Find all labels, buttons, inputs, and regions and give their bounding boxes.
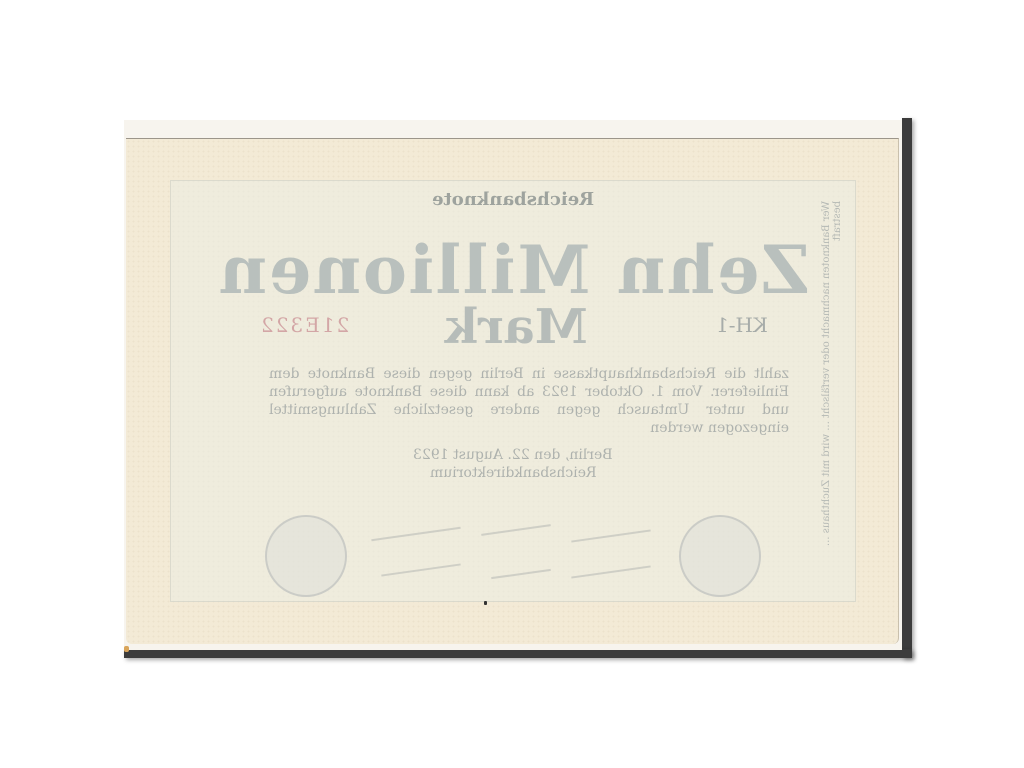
place-date: Berlin, den 22. August 1923 [171, 447, 855, 463]
frame-shadow-right [902, 118, 912, 658]
issuer-text: Reichsbankdirektorium [171, 465, 855, 481]
signature-line [481, 524, 551, 536]
body-text: zahlt die Reichsbankhauptkasse in Berlin… [269, 365, 789, 437]
series-code: KH-1 [716, 313, 768, 337]
header-text: Reichsbanknote [171, 189, 855, 210]
denomination-text: Zehn Millionen [171, 231, 855, 309]
paper-speck [484, 601, 487, 605]
signature-line [371, 527, 460, 542]
banknote: Reichsbanknote Zehn Millionen 21E322 Mar… [126, 138, 899, 644]
seal-left-icon [265, 515, 347, 597]
paper-stain [124, 646, 129, 652]
signature-line [571, 529, 650, 542]
signatures [361, 521, 661, 591]
frame-shadow-bottom [124, 649, 912, 658]
serial-number: 21E322 [259, 313, 349, 337]
signature-line [381, 563, 460, 576]
currency-text: Mark [421, 299, 611, 355]
signature-line [491, 569, 551, 579]
signature-line [571, 565, 650, 578]
side-warning-text: Wer Banknoten nachmacht oder verfälscht … [825, 201, 843, 581]
print-area: Reichsbanknote Zehn Millionen 21E322 Mar… [170, 180, 856, 602]
seal-right-icon [679, 515, 761, 597]
